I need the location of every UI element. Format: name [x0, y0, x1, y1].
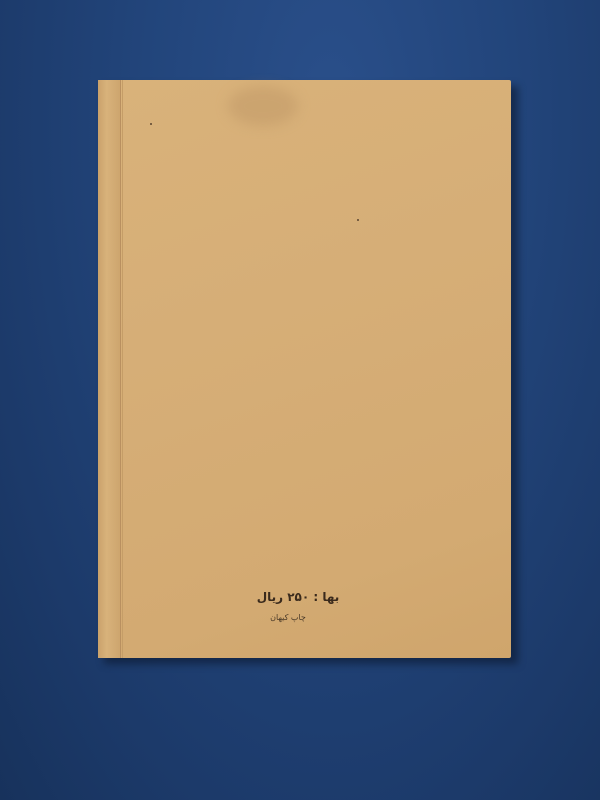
spine-fold-line	[122, 80, 123, 658]
speck	[357, 219, 359, 221]
book-back-cover: بها : ۲۵۰ ریال چاپ کیهان	[98, 80, 511, 658]
speck	[150, 123, 152, 125]
cover-stain	[228, 86, 298, 126]
price-label: بها : ۲۵۰ ریال	[238, 590, 358, 604]
printer-label: چاپ کیهان	[238, 613, 338, 622]
book-spine	[98, 80, 121, 658]
